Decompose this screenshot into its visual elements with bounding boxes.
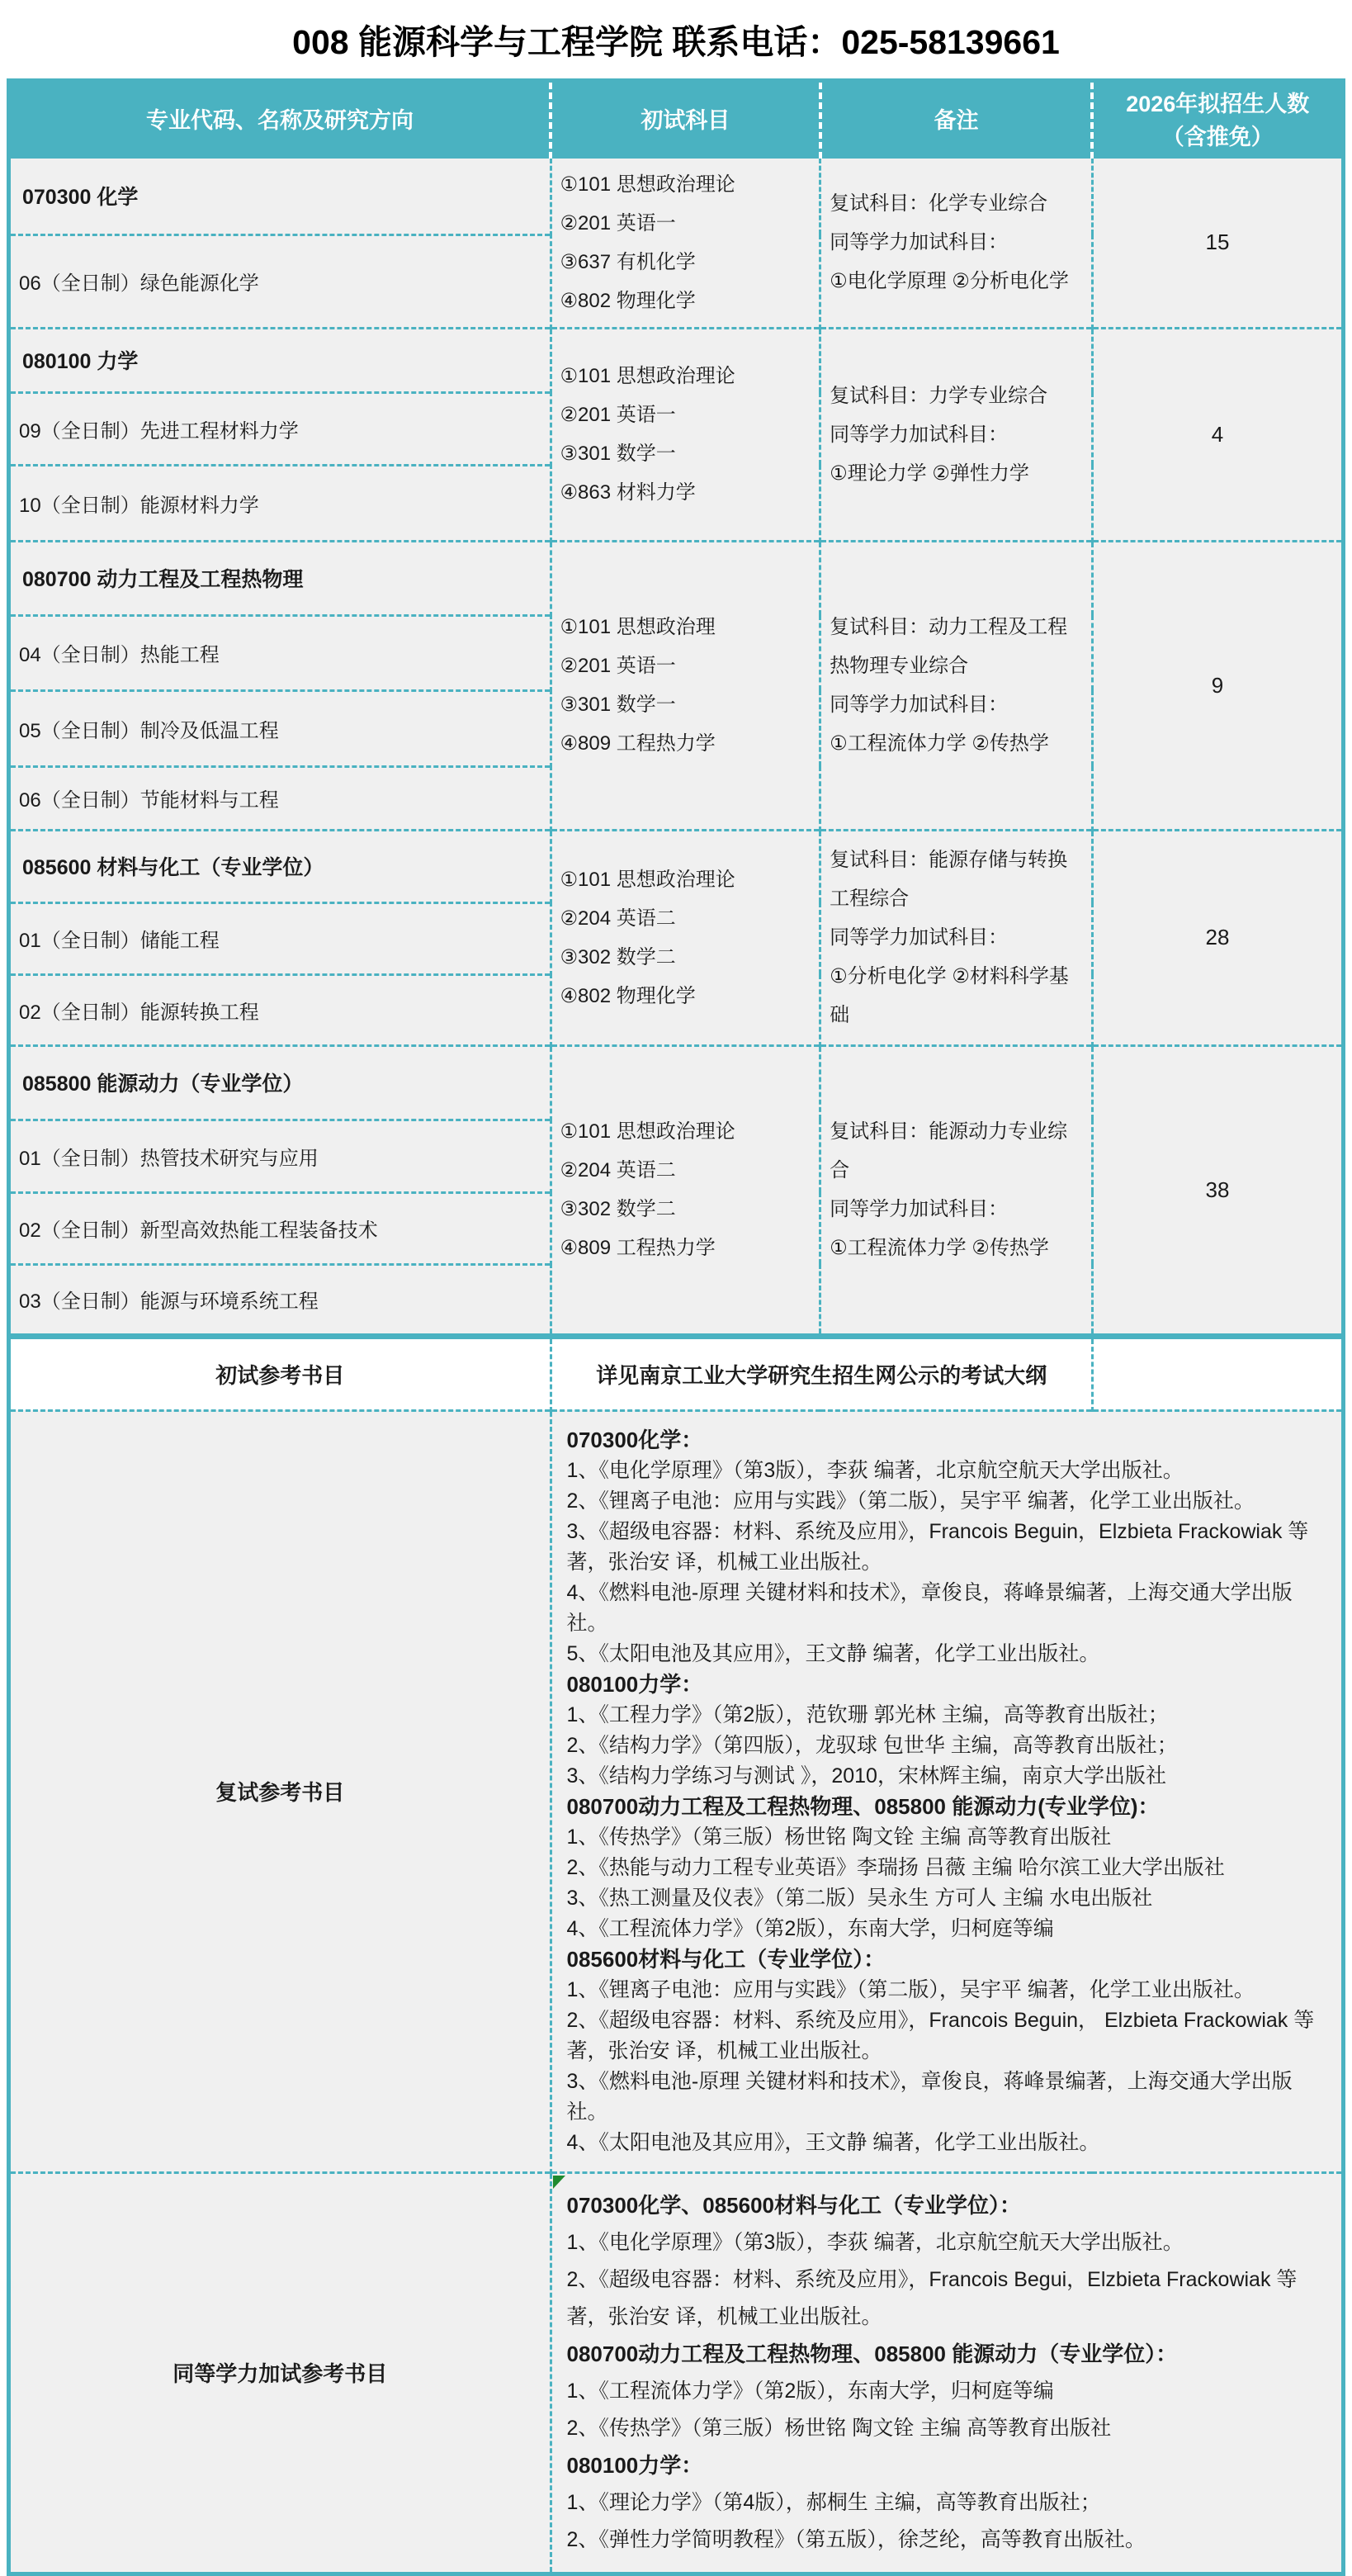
subject-line: ①101 思想政治理论 <box>560 1112 811 1151</box>
book-item: 1、《电化学原理》（第3版），李荻 编著，北京航空航天大学出版社。 <box>567 1456 1327 1486</box>
major-code: 085600 材料与化工（专业学位） <box>9 830 551 902</box>
exam-subjects: ①101 思想政治理论 ②204 英语二 ③302 数学二 ④802 物理化学 <box>551 830 820 1045</box>
subject-line: ②201 英语一 <box>560 646 811 685</box>
book-item: 2、《超级电容器：材料、系统及应用》，Francois Beguin， Elzb… <box>567 2005 1327 2067</box>
book-item: 2、《结构力学》（第四版），龙驭球 包世华 主编，高等教育出版社； <box>567 1731 1327 1761</box>
subject-line: ②201 英语一 <box>560 395 811 434</box>
remark-line: 同等学力加试科目： <box>830 1190 1086 1229</box>
remark-line: 同等学力加试科目： <box>830 918 1086 957</box>
book-item: 5、《太阳电池及其应用》，王文静 编著，化学工业出版社。 <box>567 1639 1327 1669</box>
remark-line: 同等学力加试科目： <box>830 415 1086 454</box>
admission-count: 38 <box>1092 1045 1343 1336</box>
remark-line: 复试科目：能源动力专业综合 <box>830 1112 1086 1190</box>
book-item: 4、《燃料电池-原理 关键材料和技术》，章俊良，蒋峰景编著，上海交通大学出版社。 <box>567 1578 1327 1639</box>
research-direction: 02（全日制）能源转换工程 <box>9 974 551 1045</box>
table-row: 085800 能源动力（专业学位） ①101 思想政治理论 ②204 英语二 ③… <box>9 1045 1344 1120</box>
remark: 复试科目：能源存储与转换工程综合 同等学力加试科目： ①分析电化学 ②材料科学基… <box>820 830 1093 1045</box>
equivalency-books-label: 同等学力加试参考书目 <box>9 2172 551 2574</box>
book-section-heading: 080700动力工程及工程热物理、085800 能源动力(专业学位)： <box>567 1792 1327 1822</box>
research-direction: 04（全日制）热能工程 <box>9 615 551 690</box>
subject-line: ④809 工程热力学 <box>560 724 811 763</box>
book-item: 2、《锂离子电池：应用与实践》（第二版），吴宇平 编著，化学工业出版社。 <box>567 1486 1327 1517</box>
major-code: 080700 动力工程及工程热物理 <box>9 541 551 615</box>
remark-line: 同等学力加试科目： <box>830 223 1086 262</box>
book-item: 3、《结构力学练习与测试 》，2010，宋林辉主编，南京大学出版社 <box>567 1761 1327 1792</box>
remark-line: 同等学力加试科目： <box>830 685 1086 724</box>
book-item: 1、《锂离子电池：应用与实践》（第二版），吴宇平 编著，化学工业出版社。 <box>567 1975 1327 2005</box>
subject-line: ①101 思想政治理论 <box>560 357 811 395</box>
subject-line: ①101 思想政治理论 <box>560 165 811 204</box>
subject-line: ②201 英语一 <box>560 204 811 243</box>
subject-line: ②204 英语二 <box>560 899 811 938</box>
admission-count: 4 <box>1092 328 1343 541</box>
book-item: 1、《电化学原理》（第3版），李荻 编著，北京航空航天大学出版社。 <box>567 2224 1327 2261</box>
research-direction: 06（全日制）绿色能源化学 <box>9 234 551 328</box>
book-item: 2、《超级电容器：材料、系统及应用》，Francois Begui，Elzbie… <box>567 2261 1327 2336</box>
subject-line: ③301 数学一 <box>560 434 811 473</box>
retest-books-label: 复试参考书目 <box>9 1410 551 2172</box>
subject-line: ①101 思想政治理论 <box>560 860 811 899</box>
subject-line: ④802 物理化学 <box>560 282 811 320</box>
book-item: 1、《工程力学》（第2版），范钦珊 郭光林 主编，高等教育出版社； <box>567 1700 1327 1731</box>
subject-line: ③302 数学二 <box>560 1190 811 1229</box>
book-section-heading: 085600材料与化工（专业学位）： <box>567 1944 1327 1975</box>
subject-line: ③301 数学一 <box>560 685 811 724</box>
exam-subjects: ①101 思想政治理论 ②201 英语一 ③637 有机化学 ④802 物理化学 <box>551 159 820 328</box>
remark-line: ①理论力学 ②弹性力学 <box>830 454 1086 493</box>
subject-line: ③302 数学二 <box>560 938 811 977</box>
remark-line: 复试科目：力学专业综合 <box>830 376 1086 415</box>
table-row: 同等学力加试参考书目 070300化学、085600材料与化工（专业学位）：1、… <box>9 2172 1344 2574</box>
page-title: 008 能源科学与工程学院 联系电话：025-58139661 <box>0 15 1352 64</box>
exam-subjects: ①101 思想政治理论 ②204 英语二 ③302 数学二 ④809 工程热力学 <box>551 1045 820 1336</box>
book-section-heading: 080700动力工程及工程热物理、085800 能源动力（专业学位）： <box>567 2336 1327 2373</box>
research-direction: 10（全日制）能源材料力学 <box>9 465 551 541</box>
book-item: 2、《传热学》（第三版）杨世铭 陶文铨 主编 高等教育出版社 <box>567 2410 1327 2447</box>
comment-flag-icon <box>553 2176 565 2189</box>
book-item: 3、《热工测量及仪表》（第二版）吴永生 方可人 主编 水电出版社 <box>567 1883 1327 1914</box>
remark: 复试科目：动力工程及工程热物理专业综合 同等学力加试科目： ①工程流体力学 ②传… <box>820 541 1093 830</box>
table-row: 070300 化学 ①101 思想政治理论 ②201 英语一 ③637 有机化学… <box>9 159 1344 234</box>
subject-line: ④802 物理化学 <box>560 977 811 1016</box>
exam-subjects: ①101 思想政治理 ②201 英语一 ③301 数学一 ④809 工程热力学 <box>551 541 820 830</box>
subject-line: ①101 思想政治理 <box>560 608 811 646</box>
major-code: 080100 力学 <box>9 328 551 392</box>
book-item: 2、《弹性力学简明教程》（第五版），徐芝纶，高等教育出版社。 <box>567 2522 1327 2559</box>
book-section-heading: 070300化学： <box>567 1425 1327 1456</box>
remark-line: 复试科目：动力工程及工程热物理专业综合 <box>830 608 1086 685</box>
remark: 复试科目：力学专业综合 同等学力加试科目： ①理论力学 ②弹性力学 <box>820 328 1093 541</box>
remark: 复试科目：化学专业综合 同等学力加试科目： ①电化学原理 ②分析电化学 <box>820 159 1093 328</box>
col-header-count: 2026年拟招生人数 （含推免） <box>1092 81 1343 159</box>
admission-count: 15 <box>1092 159 1343 328</box>
book-item: 1、《工程流体力学》（第2版），东南大学，归柯庭等编 <box>567 2373 1327 2410</box>
book-item: 4、《太阳电池及其应用》，王文静 编著，化学工业出版社。 <box>567 2128 1327 2158</box>
remark-line: ①工程流体力学 ②传热学 <box>830 724 1086 763</box>
first-exam-books-label: 初试参考书目 <box>9 1336 551 1410</box>
research-direction: 09（全日制）先进工程材料力学 <box>9 392 551 465</box>
major-code: 070300 化学 <box>9 159 551 234</box>
col-header-subjects: 初试科目 <box>551 81 820 159</box>
book-item: 3、《燃料电池-原理 关键材料和技术》，章俊良，蒋峰景编著，上海交通大学出版社。 <box>567 2067 1327 2128</box>
research-direction: 02（全日制）新型高效热能工程装备技术 <box>9 1192 551 1264</box>
remark-line: ①分析电化学 ②材料科学基础 <box>830 957 1086 1035</box>
book-section-heading: 070300化学、085600材料与化工（专业学位）： <box>567 2187 1327 2224</box>
table-header-row: 专业代码、名称及研究方向 初试科目 备注 2026年拟招生人数 （含推免） <box>9 81 1344 159</box>
col-header-count-line2: （含推免） <box>1097 121 1338 154</box>
book-item: 1、《理论力学》（第4版），郝桐生 主编，高等教育出版社； <box>567 2484 1327 2522</box>
research-direction: 05（全日制）制冷及低温工程 <box>9 690 551 766</box>
book-item: 4、《工程流体力学》（第2版），东南大学，归柯庭等编 <box>567 1914 1327 1944</box>
research-direction: 03（全日制）能源与环境系统工程 <box>9 1264 551 1336</box>
subject-line: ④809 工程热力学 <box>560 1229 811 1267</box>
subject-line: ④863 材料力学 <box>560 473 811 512</box>
admission-count: 9 <box>1092 541 1343 830</box>
retest-books-content: 070300化学：1、《电化学原理》（第3版），李荻 编著，北京航空航天大学出版… <box>551 1410 1344 2172</box>
col-header-remark: 备注 <box>820 81 1093 159</box>
exam-subjects: ①101 思想政治理论 ②201 英语一 ③301 数学一 ④863 材料力学 <box>551 328 820 541</box>
table-row: 080100 力学 ①101 思想政治理论 ②201 英语一 ③301 数学一 … <box>9 328 1344 392</box>
table-row: 085600 材料与化工（专业学位） ①101 思想政治理论 ②204 英语二 … <box>9 830 1344 902</box>
table-row: 初试参考书目 详见南京工业大学研究生招生网公示的考试大纲 <box>9 1336 1344 1410</box>
admissions-table: 专业代码、名称及研究方向 初试科目 备注 2026年拟招生人数 （含推免） 07… <box>7 78 1345 2576</box>
remark: 复试科目：能源动力专业综合 同等学力加试科目： ①工程流体力学 ②传热学 <box>820 1045 1093 1336</box>
remark-line: 复试科目：化学专业综合 <box>830 184 1086 223</box>
remark-line: 复试科目：能源存储与转换工程综合 <box>830 841 1086 918</box>
book-item: 2、《热能与动力工程专业英语》李瑞扬 吕薇 主编 哈尔滨工业大学出版社 <box>567 1853 1327 1883</box>
equivalency-books-content: 070300化学、085600材料与化工（专业学位）：1、《电化学原理》（第3版… <box>551 2172 1344 2574</box>
empty-cell <box>1092 1336 1343 1410</box>
subject-line: ③637 有机化学 <box>560 243 811 282</box>
remark-line: ①电化学原理 ②分析电化学 <box>830 262 1086 301</box>
book-item: 1、《传热学》（第三版）杨世铭 陶文铨 主编 高等教育出版社 <box>567 1822 1327 1853</box>
research-direction: 01（全日制）热管技术研究与应用 <box>9 1120 551 1192</box>
book-section-heading: 080100力学： <box>567 2447 1327 2484</box>
table-row: 复试参考书目 070300化学：1、《电化学原理》（第3版），李荻 编著，北京航… <box>9 1410 1344 2172</box>
col-header-count-line1: 2026年拟招生人数 <box>1097 88 1338 121</box>
col-header-major: 专业代码、名称及研究方向 <box>9 81 551 159</box>
remark-line: ①工程流体力学 ②传热学 <box>830 1229 1086 1267</box>
book-section-heading: 080100力学： <box>567 1669 1327 1700</box>
first-exam-books-value: 详见南京工业大学研究生招生网公示的考试大纲 <box>551 1336 1092 1410</box>
table-row: 080700 动力工程及工程热物理 ①101 思想政治理 ②201 英语一 ③3… <box>9 541 1344 615</box>
book-item: 3、《超级电容器：材料、系统及应用》，Francois Beguin，Elzbi… <box>567 1517 1327 1578</box>
research-direction: 06（全日制）节能材料与工程 <box>9 766 551 830</box>
admission-count: 28 <box>1092 830 1343 1045</box>
subject-line: ②204 英语二 <box>560 1151 811 1190</box>
research-direction: 01（全日制）储能工程 <box>9 902 551 974</box>
major-code: 085800 能源动力（专业学位） <box>9 1045 551 1120</box>
